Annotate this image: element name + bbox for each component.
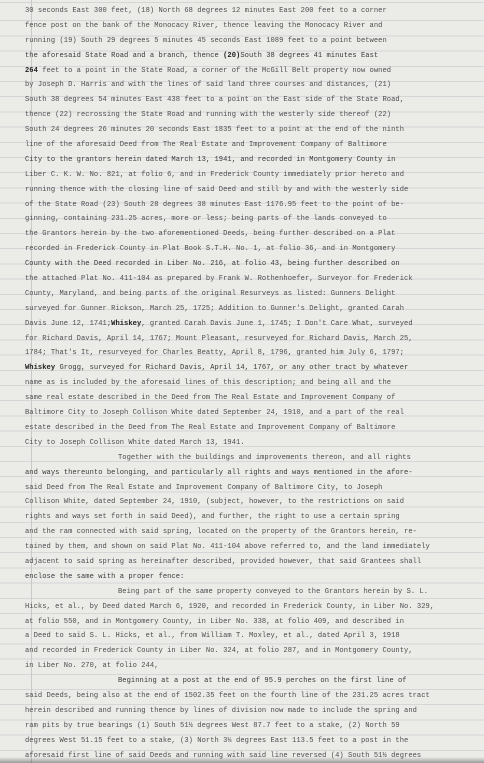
document-line: of the State Road (23) South 28 degrees … [25, 198, 480, 213]
document-line: fence post on the bank of the Monocacy R… [25, 19, 480, 34]
document-line: and ways thereunto belonging, and partic… [25, 466, 480, 481]
document-line: name as is included by the aforesaid lin… [25, 376, 480, 391]
document-line: adjacent to said spring as hereinafter d… [25, 555, 480, 570]
document-line: degrees West 51.15 feet to a stake, (3) … [25, 734, 480, 749]
document-line: Whiskey Grogg, surveyed for Richard Davi… [25, 361, 480, 376]
document-line: same real estate described in the Deed f… [25, 391, 480, 406]
document-line: the Grantors herein by the two aforement… [25, 227, 480, 242]
document-line: in Liber No. 270, at folio 244, [25, 659, 480, 674]
document-line: and the ram connected with said spring, … [25, 525, 480, 540]
document-line: said Deeds, being also at the end of 150… [25, 689, 480, 704]
overstruck-mark: Whiskey [111, 320, 141, 328]
document-line: at folio 550, and in Montgomery County, … [25, 615, 480, 630]
document-line: ginning, containing 231.25 acres, more o… [25, 212, 480, 227]
document-line: Baltimore City to Joseph Collison White … [25, 406, 480, 421]
document-line: the attached Plat No. 411-104 as prepare… [25, 272, 480, 287]
document-line: 1784; That's It, resurveyed for Charles … [25, 346, 480, 361]
document-line: Together with the buildings and improvem… [25, 451, 480, 466]
document-line: the aforesaid State Road and a branch, t… [25, 49, 480, 64]
document-line: rights and ways set forth in said Deed),… [25, 510, 480, 525]
document-line: County with the Deed recorded in Liber N… [25, 257, 480, 272]
document-line: Collison White, dated September 24, 1910… [25, 495, 480, 510]
document-line: thence (22) recrossing the State Road an… [25, 108, 480, 123]
overstruck-mark: 264 [25, 67, 38, 75]
document-line: estate described in the Deed from The Re… [25, 421, 480, 436]
document-line: Davis June 12, 1741;Whiskey, granted Car… [25, 317, 480, 332]
document-line: and recorded in Frederick County in Libe… [25, 644, 480, 659]
document-line: Being part of the same property conveyed… [25, 585, 480, 600]
document-line: surveyed for Gunner Rickson, March 25, 1… [25, 302, 480, 317]
document-line: herein described and running thence by l… [25, 704, 480, 719]
document-line: running (19) South 29 degrees 5 minutes … [25, 34, 480, 49]
document-line: line of the aforesaid Deed from The Real… [25, 138, 480, 153]
document-line: 30 seconds East 300 feet, (18) North 68 … [25, 4, 480, 19]
document-line: by Joseph D. Harris and with the lines o… [25, 78, 480, 93]
document-line: ram pits by true bearings (1) South 51½ … [25, 719, 480, 734]
document-line: Liber C. K. W. No. 821, at folio 6, and … [25, 168, 480, 183]
document-line: South 24 degrees 26 minutes 20 seconds E… [25, 123, 480, 138]
overstruck-mark: (20) [223, 52, 240, 60]
document-line: a Deed to said S. L. Hicks, et al., from… [25, 629, 480, 644]
document-line: Beginning at a post at the end of 95.9 p… [25, 674, 480, 689]
document-line: said Deed from The Real Estate and Impro… [25, 481, 480, 496]
document-line: running thence with the closing line of … [25, 183, 480, 198]
document-line: enclose the same with a proper fence: [25, 570, 480, 585]
document-line: City to the grantors herein dated March … [25, 153, 480, 168]
document-line: County, Maryland, and being parts of the… [25, 287, 480, 302]
document-line: 264 feet to a point in the State Road, a… [25, 64, 480, 79]
document-line: South 38 degrees 54 minutes East 438 fee… [25, 93, 480, 108]
page-edge-shadow [0, 757, 484, 763]
document-line: Hicks, et al., by Deed dated March 6, 19… [25, 600, 480, 615]
document-line: tained by them, and shown on said Plat N… [25, 540, 480, 555]
scanned-document-page: 30 seconds East 300 feet, (18) North 68 … [0, 0, 484, 763]
document-line: recorded in Frederick County in Plat Boo… [25, 242, 480, 257]
document-line: City to Joseph Collison White dated Marc… [25, 436, 480, 451]
document-line: for Richard Davis, April 14, 1767; Mount… [25, 332, 480, 347]
overstruck-mark: Whiskey [25, 364, 55, 372]
deed-text-body: 30 seconds East 300 feet, (18) North 68 … [25, 4, 480, 763]
